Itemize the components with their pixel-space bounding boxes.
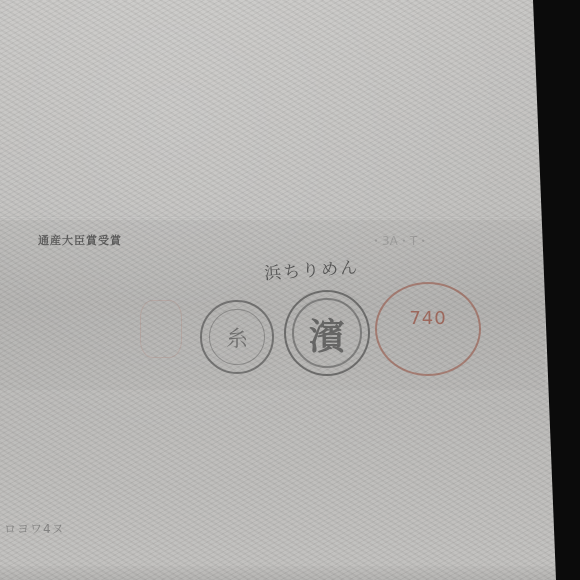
circular-stamp-left: 糸 [200,300,274,374]
fabric-bottom-edge [0,566,556,580]
faint-red-stamp [140,300,182,358]
award-inscription: 通産大臣賞受賞 [38,232,122,248]
photo-scene: 通産大臣賞受賞 ・3A・T・ 浜ちりめん 糸 濱 740 ロヨワ4ヌ [0,0,580,580]
stamp-center-glyph: 濱 [286,309,368,360]
circular-stamp-center: 濱 [284,290,370,376]
red-stamp-number: 740 [377,308,479,329]
faint-code-text: ・3A・T・ [370,232,429,249]
red-circular-stamp: 740 [375,282,481,376]
stamp-left-glyph: 糸 [202,322,272,353]
fabric-fold-line [0,216,535,219]
crepe-fabric: 通産大臣賞受賞 ・3A・T・ 浜ちりめん 糸 濱 740 ロヨワ4ヌ [0,0,580,580]
faint-bottom-left-text: ロヨワ4ヌ [4,520,65,537]
